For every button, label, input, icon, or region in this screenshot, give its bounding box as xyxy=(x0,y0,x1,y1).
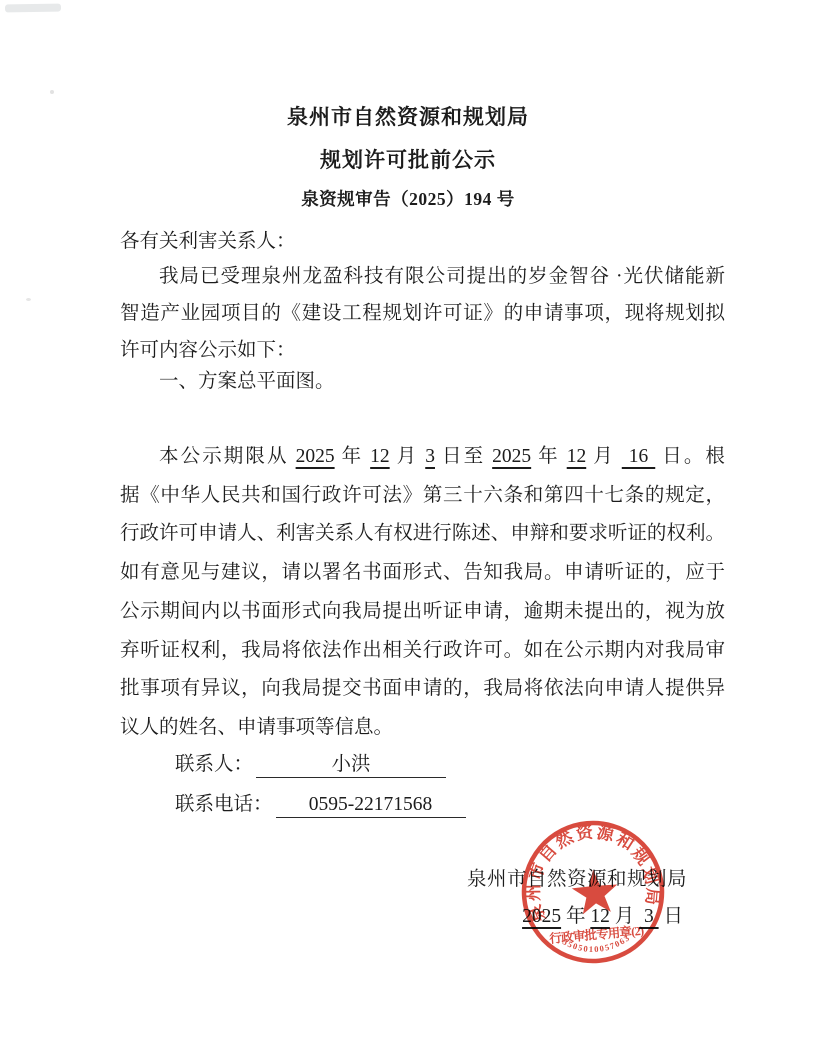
list-item-site-plan: 一、方案总平面图。 xyxy=(120,368,764,395)
scan-artifact-smudge xyxy=(5,4,61,13)
document-title-line2: 规划许可批前公示 xyxy=(98,144,718,174)
scan-artifact-dot xyxy=(26,298,31,301)
paragraph-application-intro: 我局已受理泉州龙盈科技有限公司提出的岁金智谷 ·光伏储能新智造产业园项目的《建设… xyxy=(120,258,725,369)
text-line: 据《中华人民共和国行政许可法》第三十六条和第四十七条的规定， xyxy=(120,477,725,516)
contact-phone-value: 0595-22171568 xyxy=(276,792,466,818)
text-line: 行政许可申请人、利害关系人有权进行陈述、申辩和要求听证的权利。 xyxy=(120,515,725,554)
salutation: 各有关利害关系人： xyxy=(120,228,725,255)
text-line: 弃听证权利，我局将依法作出相关行政许可。如在公示期内对我局审 xyxy=(120,632,725,671)
contact-phone-label: 联系电话： xyxy=(175,794,273,815)
paragraph-notice-period: 本公示期限从 2025 年 12 月 3 日至 2025 年 12 月 16 日… xyxy=(120,438,725,748)
text-line: 公示期间内以书面形式向我局提出听证申请，逾期未提出的，视为放 xyxy=(120,593,725,632)
text-line: 如有意见与建议，请以署名书面形式、告知我局。申请听证的，应于 xyxy=(120,554,725,593)
text-line: 我局已受理泉州龙盈科技有限公司提出的岁金智谷 ·光伏储能新 xyxy=(120,258,725,295)
text-line: 智造产业园项目的《建设工程规划许可证》的申请事项，现将规划拟 xyxy=(120,295,725,332)
text-line: 议人的姓名、申请事项等信息。 xyxy=(120,709,725,748)
text-line: 许可内容公示如下： xyxy=(120,332,725,369)
contact-person-line: 联系人：小洪 xyxy=(175,751,446,778)
contact-person-value: 小洪 xyxy=(256,752,446,778)
document-title-line1: 泉州市自然资源和规划局 xyxy=(98,101,718,131)
official-seal: 泉州市自然资源和规划局 行政审批专用章(2) 3505010057063 xyxy=(518,817,668,967)
document-number: 泉资规审告（2025）194 号 xyxy=(98,186,718,211)
text-line: 本公示期限从 2025 年 12 月 3 日至 2025 年 12 月 16 日… xyxy=(120,438,725,477)
contact-phone-line: 联系电话：0595-22171568 xyxy=(175,791,466,818)
document-page: 泉州市自然资源和规划局 规划许可批前公示 泉资规审告（2025）194 号 各有… xyxy=(0,0,816,1056)
contact-person-label: 联系人： xyxy=(175,754,253,775)
seal-ring-text: 泉州市自然资源和规划局 xyxy=(518,817,665,926)
seal-star-icon xyxy=(570,868,619,915)
text-line: 批事项有异议，向我局提交书面申请的，我局将依法向申请人提供异 xyxy=(120,670,725,709)
scan-artifact-dot xyxy=(50,90,54,94)
